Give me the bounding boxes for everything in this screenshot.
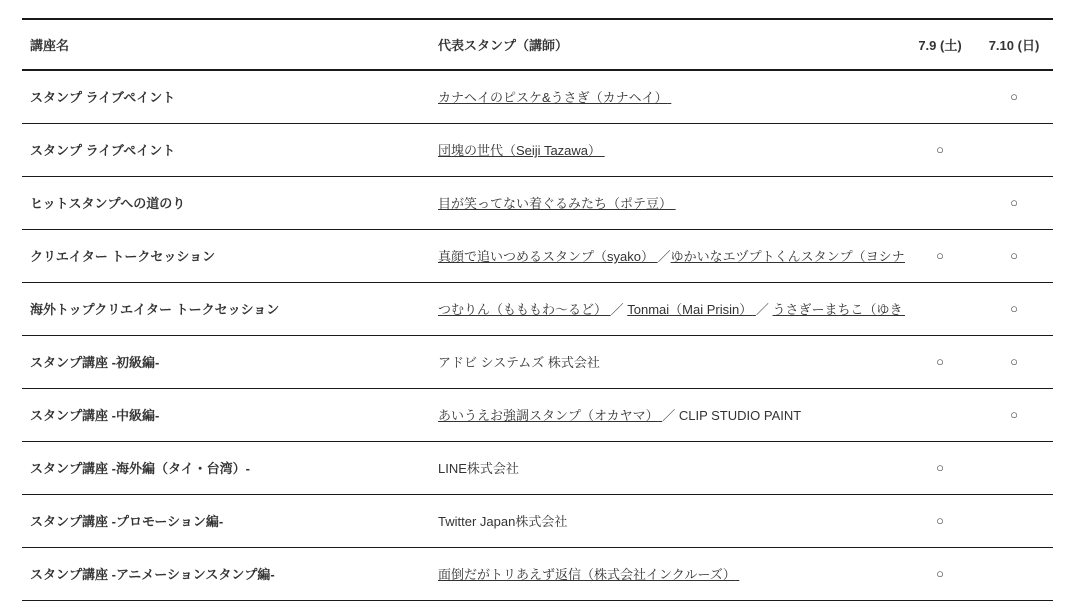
day-7-10-cell: ○ [975, 176, 1053, 229]
available-circle-icon: ○ [1010, 89, 1018, 104]
stamp-instructor-cell: あいうえお強調スタンプ（オカヤマ）／ CLIP STUDIO PAINT [430, 388, 905, 441]
day-7-9-cell [905, 176, 975, 229]
day-7-10-cell: ○ [975, 282, 1053, 335]
stamp-text: ／ CLIP STUDIO PAINT [662, 408, 801, 423]
stamp-link[interactable]: つむりん（もももわ～るど） [438, 302, 611, 317]
day-7-9-cell: ○ [905, 335, 975, 388]
stamp-text: LINE株式会社 [438, 461, 519, 476]
course-schedule-table: 講座名 代表スタンプ（講師） 7.9 (土) 7.10 (日) スタンプ ライブ… [22, 18, 1053, 601]
stamp-link[interactable]: あいうえお強調スタンプ（オカヤマ） [438, 408, 662, 423]
course-name: クリエイター トークセッション [22, 229, 430, 282]
day-7-10-cell [975, 494, 1053, 547]
stamp-instructor-cell: 真顔で追いつめるスタンプ（syako）／ゆかいなエヅプトくんスタンプ（ヨシナガ） [430, 229, 905, 282]
available-circle-icon: ○ [1010, 354, 1018, 369]
column-header-course: 講座名 [22, 19, 430, 70]
available-circle-icon: ○ [936, 460, 944, 475]
column-header-day-7-10: 7.10 (日) [975, 19, 1053, 70]
table-row: スタンプ講座 -初級編-アドビ システムズ 株式会社○○ [22, 335, 1053, 388]
stamp-link[interactable]: 団塊の世代（Seiji Tazawa） [438, 143, 605, 158]
day-7-9-cell: ○ [905, 441, 975, 494]
day-7-10-cell [975, 441, 1053, 494]
stamp-text: ／ [756, 302, 773, 317]
column-header-stamp: 代表スタンプ（講師） [430, 19, 905, 70]
available-circle-icon: ○ [936, 566, 944, 581]
day-7-9-cell: ○ [905, 123, 975, 176]
course-name: スタンプ講座 -プロモーション編- [22, 494, 430, 547]
course-table-body: スタンプ ライブペイントカナヘイのピスケ&うさぎ（カナヘイ）○スタンプ ライブペ… [22, 70, 1053, 600]
course-name: スタンプ講座 -初級編- [22, 335, 430, 388]
stamp-instructor-cell: アドビ システムズ 株式会社 [430, 335, 905, 388]
stamp-link[interactable]: ゆかいなエヅプトくんスタンプ（ヨシナガ） [671, 249, 905, 264]
day-7-10-cell: ○ [975, 388, 1053, 441]
table-row: スタンプ講座 -海外編（タイ・台湾）-LINE株式会社○ [22, 441, 1053, 494]
table-row: スタンプ ライブペイントカナヘイのピスケ&うさぎ（カナヘイ）○ [22, 70, 1053, 123]
table-row: クリエイター トークセッション真顔で追いつめるスタンプ（syako）／ゆかいなエ… [22, 229, 1053, 282]
available-circle-icon: ○ [936, 354, 944, 369]
header-row: 講座名 代表スタンプ（講師） 7.9 (土) 7.10 (日) [22, 19, 1053, 70]
table-row: スタンプ講座 -プロモーション編-Twitter Japan株式会社○ [22, 494, 1053, 547]
table-row: スタンプ講座 -中級編-あいうえお強調スタンプ（オカヤマ）／ CLIP STUD… [22, 388, 1053, 441]
stamp-instructor-cell: LINE株式会社 [430, 441, 905, 494]
stamp-instructor-cell: Twitter Japan株式会社 [430, 494, 905, 547]
course-name: 海外トップクリエイター トークセッション [22, 282, 430, 335]
day-7-10-cell: ○ [975, 70, 1053, 123]
available-circle-icon: ○ [936, 142, 944, 157]
stamp-text: ／ [658, 249, 671, 264]
stamp-link[interactable]: 真顔で追いつめるスタンプ（syako） [438, 249, 658, 264]
day-7-10-cell: ○ [975, 335, 1053, 388]
column-header-day-7-9: 7.9 (土) [905, 19, 975, 70]
day-7-10-cell: ○ [975, 229, 1053, 282]
available-circle-icon: ○ [936, 248, 944, 263]
available-circle-icon: ○ [936, 513, 944, 528]
table-row: ヒットスタンプへの道のり目が笑ってない着ぐるみたち（ポテ豆）○ [22, 176, 1053, 229]
table-row: スタンプ講座 -アニメーションスタンプ編-面倒だがトリあえず返信（株式会社インク… [22, 547, 1053, 600]
stamp-instructor-cell: カナヘイのピスケ&うさぎ（カナヘイ） [430, 70, 905, 123]
day-7-9-cell: ○ [905, 547, 975, 600]
stamp-link[interactable]: うさぎーまちこ（ゆきじ） [773, 302, 906, 317]
stamp-link[interactable]: 面倒だがトリあえず返信（株式会社インクルーズ） [438, 567, 739, 582]
table-row: スタンプ ライブペイント団塊の世代（Seiji Tazawa）○ [22, 123, 1053, 176]
course-name: スタンプ ライブペイント [22, 123, 430, 176]
available-circle-icon: ○ [1010, 195, 1018, 210]
stamp-link[interactable]: 目が笑ってない着ぐるみたち（ポテ豆） [438, 196, 676, 211]
stamp-text: Twitter Japan株式会社 [438, 514, 567, 529]
stamp-text: ／ [611, 302, 628, 317]
stamp-instructor-cell: 面倒だがトリあえず返信（株式会社インクルーズ） [430, 547, 905, 600]
day-7-10-cell [975, 547, 1053, 600]
course-name: スタンプ講座 -アニメーションスタンプ編- [22, 547, 430, 600]
available-circle-icon: ○ [1010, 407, 1018, 422]
day-7-9-cell [905, 70, 975, 123]
course-name: ヒットスタンプへの道のり [22, 176, 430, 229]
available-circle-icon: ○ [1010, 301, 1018, 316]
available-circle-icon: ○ [1010, 248, 1018, 263]
stamp-text: アドビ システムズ 株式会社 [438, 355, 600, 370]
stamp-link[interactable]: Tonmai（Mai Prisin） [627, 302, 756, 317]
day-7-9-cell: ○ [905, 229, 975, 282]
stamp-instructor-cell: 団塊の世代（Seiji Tazawa） [430, 123, 905, 176]
day-7-9-cell: ○ [905, 494, 975, 547]
table-header: 講座名 代表スタンプ（講師） 7.9 (土) 7.10 (日) [22, 19, 1053, 70]
page: 講座名 代表スタンプ（講師） 7.9 (土) 7.10 (日) スタンプ ライブ… [0, 0, 1075, 612]
stamp-instructor-cell: つむりん（もももわ～るど）／ Tonmai（Mai Prisin）／ うさぎーま… [430, 282, 905, 335]
table-row: 海外トップクリエイター トークセッションつむりん（もももわ～るど）／ Tonma… [22, 282, 1053, 335]
day-7-10-cell [975, 123, 1053, 176]
course-name: スタンプ講座 -海外編（タイ・台湾）- [22, 441, 430, 494]
stamp-instructor-cell: 目が笑ってない着ぐるみたち（ポテ豆） [430, 176, 905, 229]
day-7-9-cell [905, 388, 975, 441]
course-name: スタンプ講座 -中級編- [22, 388, 430, 441]
stamp-link[interactable]: カナヘイのピスケ&うさぎ（カナヘイ） [438, 90, 671, 105]
day-7-9-cell [905, 282, 975, 335]
course-name: スタンプ ライブペイント [22, 70, 430, 123]
